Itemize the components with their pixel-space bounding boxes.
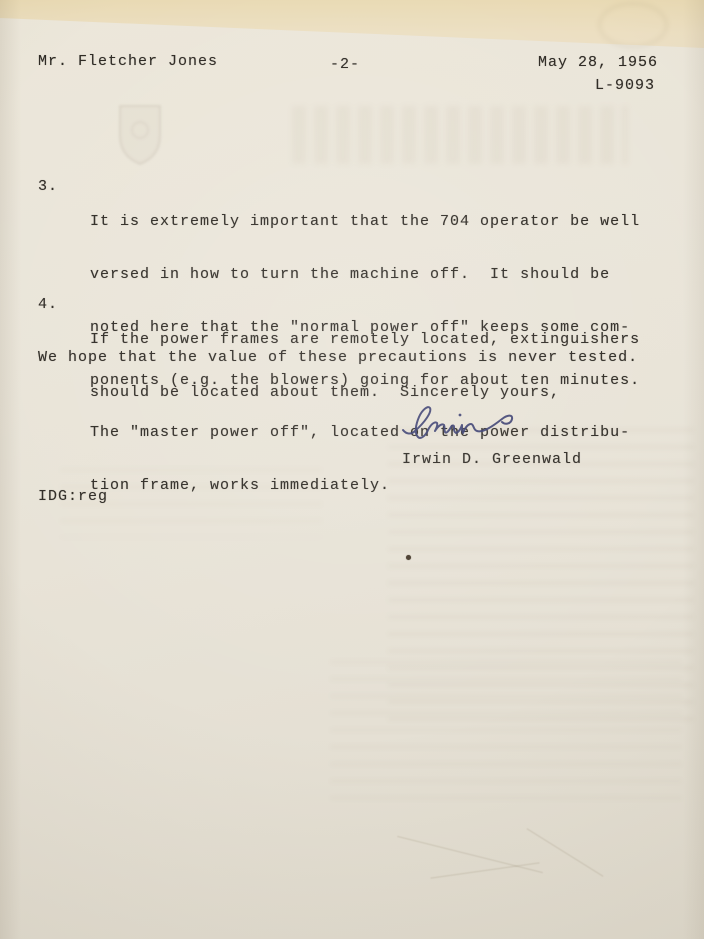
letter-date: May 28, 1956 [538,54,658,72]
scratch-mark [527,828,604,877]
signature-i-dot [459,414,462,417]
reference-number: L-9093 [595,77,655,95]
watermark-crest-icon [116,102,164,168]
letter-photo: Mr. Fletcher Jones -2- May 28, 1956 L-90… [0,0,704,939]
bleed-through-smudge [292,106,628,164]
bleed-through-smudge [330,660,682,800]
item-3-number: 3. [38,178,58,196]
recipient-name: Mr. Fletcher Jones [38,53,218,71]
bleed-through-mark [598,2,668,48]
typed-signature-name: Irwin D. Greenwald [402,451,582,469]
item-3-line: tion frame, works immediately. [90,477,640,495]
typist-initials: IDG:reg [38,488,108,506]
handwritten-signature [399,402,521,444]
item-3-line: It is extremely important that the 704 o… [90,213,640,231]
item-4-number: 4. [38,296,58,314]
item-3-line: versed in how to turn the machine off. I… [90,266,640,284]
scratch-mark [397,836,543,873]
item-4-line: If the power frames are remotely located… [90,331,640,349]
page-number: -2- [330,56,360,74]
closing-sentence: We hope that the value of these precauti… [38,349,638,367]
paper-speck [406,555,411,560]
scratch-mark [430,862,539,878]
valediction: Sincerely yours, [400,384,560,402]
